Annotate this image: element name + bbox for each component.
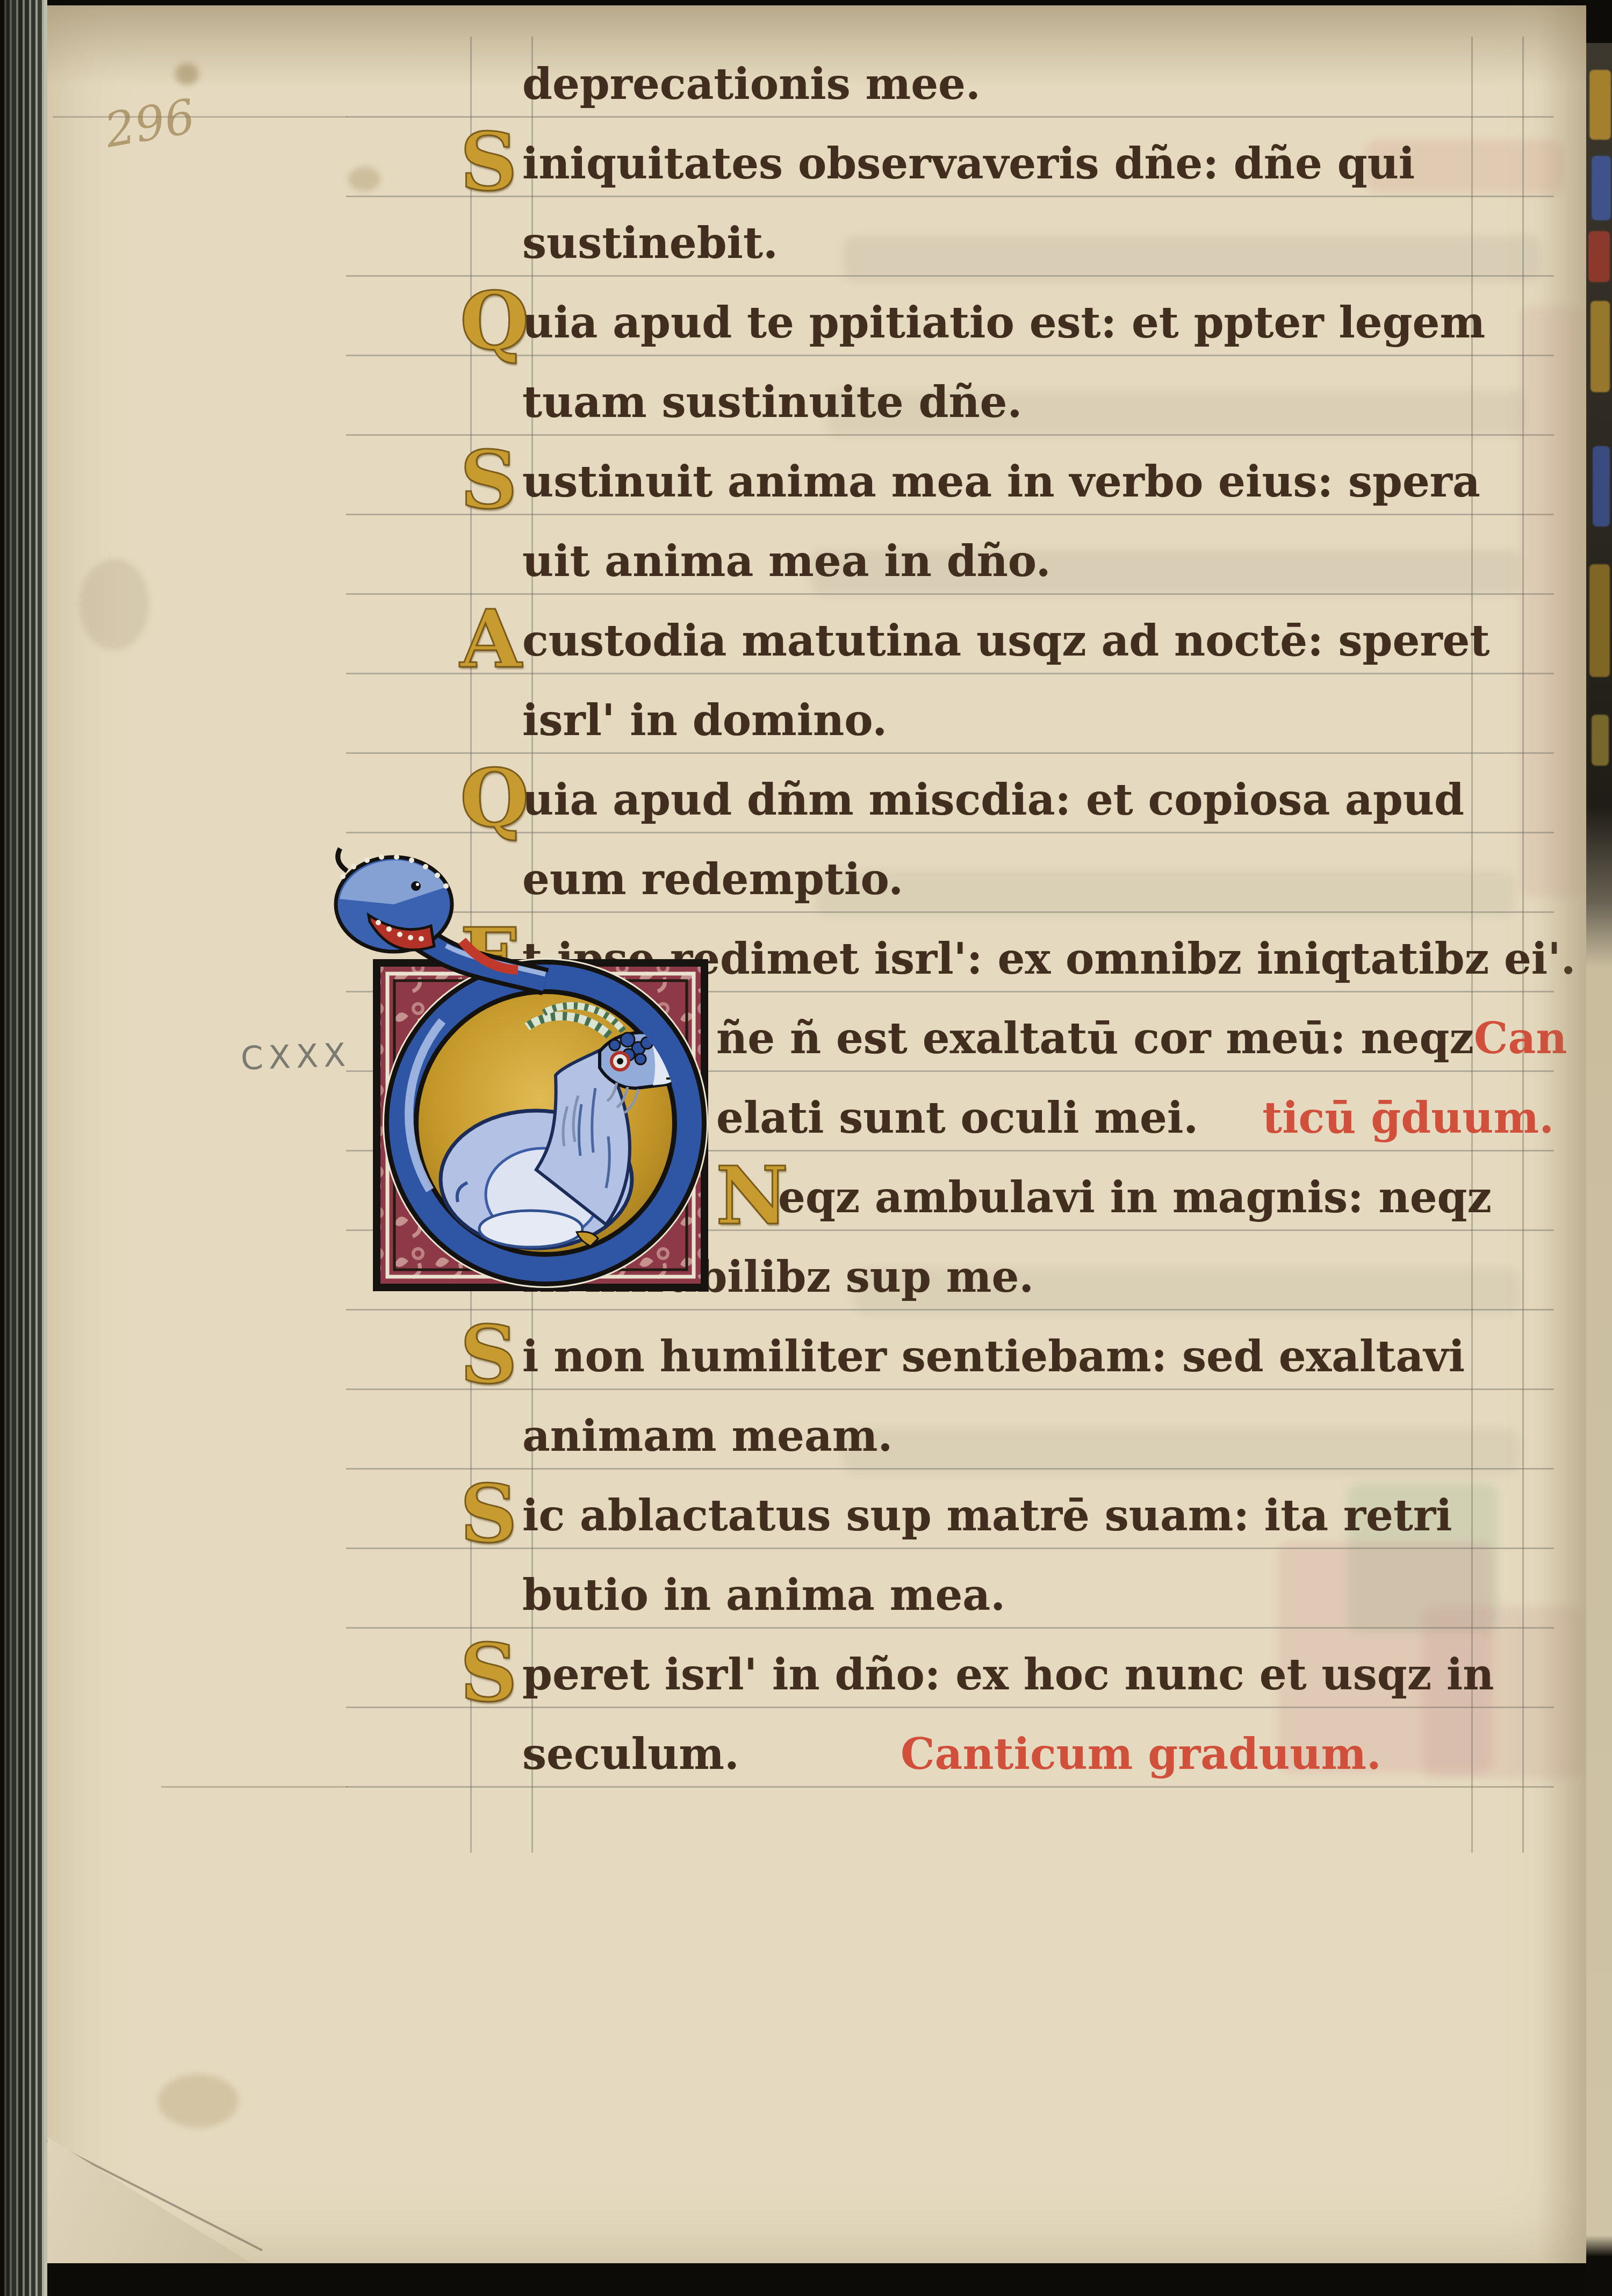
edge-illumination-fragment: [1592, 156, 1611, 220]
manuscript-page-photo: deprecationis mee.Siniquitates observave…: [0, 0, 1612, 2296]
edge-illumination-fragment: [1589, 564, 1610, 677]
book-gutter-page-edges: [0, 0, 47, 2296]
verse-initial-gold: N: [716, 1155, 788, 1236]
text-line: tuam sustinuite dñe.: [522, 370, 1554, 434]
text-line: Siniquitates observaveris dñe: dñe qui: [522, 131, 1554, 196]
line-text: peret isrl' in dño: ex hoc nunc et usqz …: [522, 1642, 1494, 1707]
verse-initial-gold: S: [460, 440, 517, 520]
text-line: Speret isrl' in dño: ex hoc nunc et usqz…: [522, 1642, 1554, 1707]
text-line: uit anima mea in dño.: [522, 529, 1554, 593]
line-text: ic ablactatus sup matrē suam: ita retri: [522, 1483, 1452, 1548]
line-text: i non humiliter sentiebam: sed exaltavi: [522, 1324, 1465, 1388]
verse-initial-gold: S: [460, 1632, 517, 1713]
text-line: butio in anima mea.: [522, 1563, 1554, 1627]
historiated-initial-D: [305, 836, 714, 1308]
text-line: Quia apud te ppitiatio est: et ppter leg…: [522, 290, 1554, 355]
verse-initial-gold: Q: [460, 280, 529, 361]
text-line: Acustodia matutina usqz ad noctē: speret: [522, 608, 1554, 673]
line-text: deprecationis mee.: [522, 52, 981, 116]
line-text: eqz ambulavi in magnis: neqz: [778, 1165, 1492, 1229]
text-line: animam meam.: [522, 1403, 1554, 1468]
text-line: isrl' in domino.: [522, 688, 1554, 752]
verse-initial-gold: S: [460, 1473, 517, 1554]
dragon-flourish: [336, 848, 545, 982]
verse-initial-gold: Q: [460, 758, 529, 838]
goat-folded-legs: [479, 1211, 582, 1247]
edge-illumination-fragment: [1589, 70, 1611, 140]
text-line: Si non humiliter sentiebam: sed exaltavi: [522, 1324, 1554, 1388]
text-line: deprecationis mee.: [522, 52, 1554, 116]
text-line: elati sunt oculi mei.ticū ḡduum.: [716, 1085, 1554, 1150]
psalm-number-margin: CXXX: [240, 1036, 352, 1077]
verse-initial-gold: S: [460, 121, 517, 202]
line-text: seculum.: [522, 1722, 739, 1786]
line-text: uia apud te ppitiatio est: et ppter lege…: [522, 290, 1485, 355]
line-text: ustinuit anima mea in verbo eius: spera: [522, 449, 1480, 514]
line-text: uia apud dñm miscdia: et copiosa apud: [522, 767, 1464, 832]
line-text: animam meam.: [522, 1403, 893, 1468]
line-text: iniquitates observaveris dñe: dñe qui: [522, 131, 1415, 196]
text-line: Quia apud dñm miscdia: et copiosa apud: [522, 767, 1554, 832]
line-text: tuam sustinuite dñe.: [522, 370, 1022, 434]
edge-illumination-fragment: [1593, 446, 1610, 527]
text-line: Sustinuit anima mea in verbo eius: spera: [522, 449, 1554, 514]
edge-illumination-fragment: [1591, 301, 1610, 392]
parchment-page: deprecationis mee.Siniquitates observave…: [47, 5, 1586, 2263]
line-text: isrl' in domino.: [522, 688, 887, 752]
facing-page-edge: [1586, 0, 1612, 2296]
edge-illumination-fragment: [1592, 715, 1609, 766]
psalm-text-block: deprecationis mee.Siniquitates observave…: [47, 5, 1586, 2263]
text-line: seculum.Canticum graduum.: [522, 1722, 1554, 1786]
line-text: ñe ñ est exaltatū cor meū: neqz: [716, 1006, 1474, 1070]
rubric-text: Canticum graduum.: [901, 1722, 1381, 1786]
text-line: ñe ñ est exaltatū cor meū: neqzCan: [716, 1006, 1554, 1070]
line-text: uit anima mea in dño.: [522, 529, 1051, 593]
rubric-text: ticū ḡduum.: [1262, 1085, 1554, 1150]
line-text: elati sunt oculi mei.: [716, 1085, 1198, 1150]
text-line: Sic ablactatus sup matrē suam: ita retri: [522, 1483, 1554, 1548]
verse-initial-gold: A: [460, 599, 522, 679]
verse-initial-gold: S: [460, 1314, 517, 1395]
line-text: butio in anima mea.: [522, 1563, 1005, 1627]
text-line: sustinebit.: [522, 211, 1554, 275]
edge-illumination-fragment: [1588, 231, 1610, 282]
text-line: Neqz ambulavi in magnis: neqz: [778, 1165, 1554, 1229]
rubric-text: Can: [1474, 1006, 1567, 1070]
line-text: custodia matutina usqz ad noctē: speret: [522, 608, 1489, 673]
line-text: sustinebit.: [522, 211, 778, 275]
